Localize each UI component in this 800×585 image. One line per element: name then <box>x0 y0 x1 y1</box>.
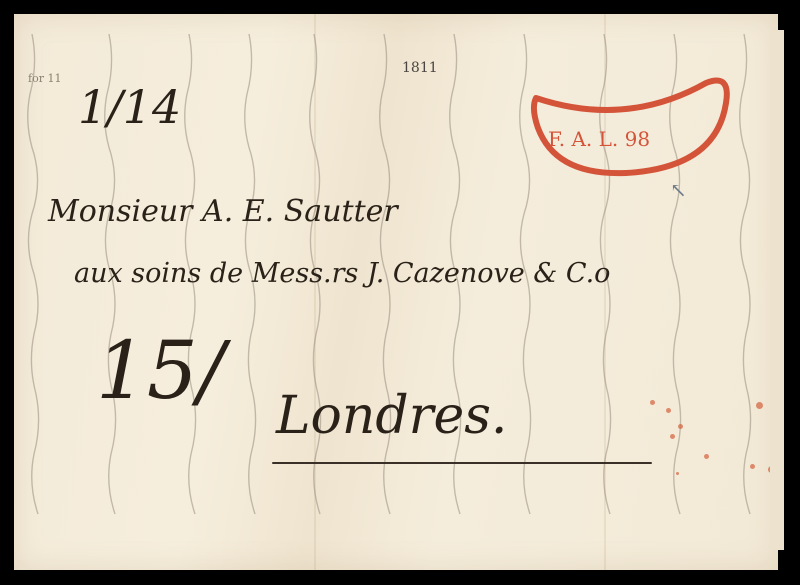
address-line-2: aux soins de Mess.rs J. Cazenove & C.o <box>74 258 610 289</box>
rate-marking-large: 15/ <box>96 324 225 417</box>
pencil-arrow-icon: ↖ <box>670 178 687 202</box>
address-line-1: Monsieur A. E. Sautter <box>48 194 398 229</box>
red-handstamp: F. A. L. 98 <box>526 58 736 188</box>
letter-paper: for 11 1811 1/14 F. A. L. 98 ↖ Monsieur … <box>14 14 778 570</box>
rate-marking-top: 1/14 <box>78 80 181 134</box>
paper-edge <box>770 30 784 550</box>
corner-pencil-note: for 11 <box>28 72 61 85</box>
handstamp-text: F. A. L. 98 <box>548 127 650 151</box>
city-underline <box>272 462 652 464</box>
fold-line <box>314 14 316 570</box>
year-pencil-note: 1811 <box>402 60 438 76</box>
address-city: Londres. <box>276 386 507 446</box>
